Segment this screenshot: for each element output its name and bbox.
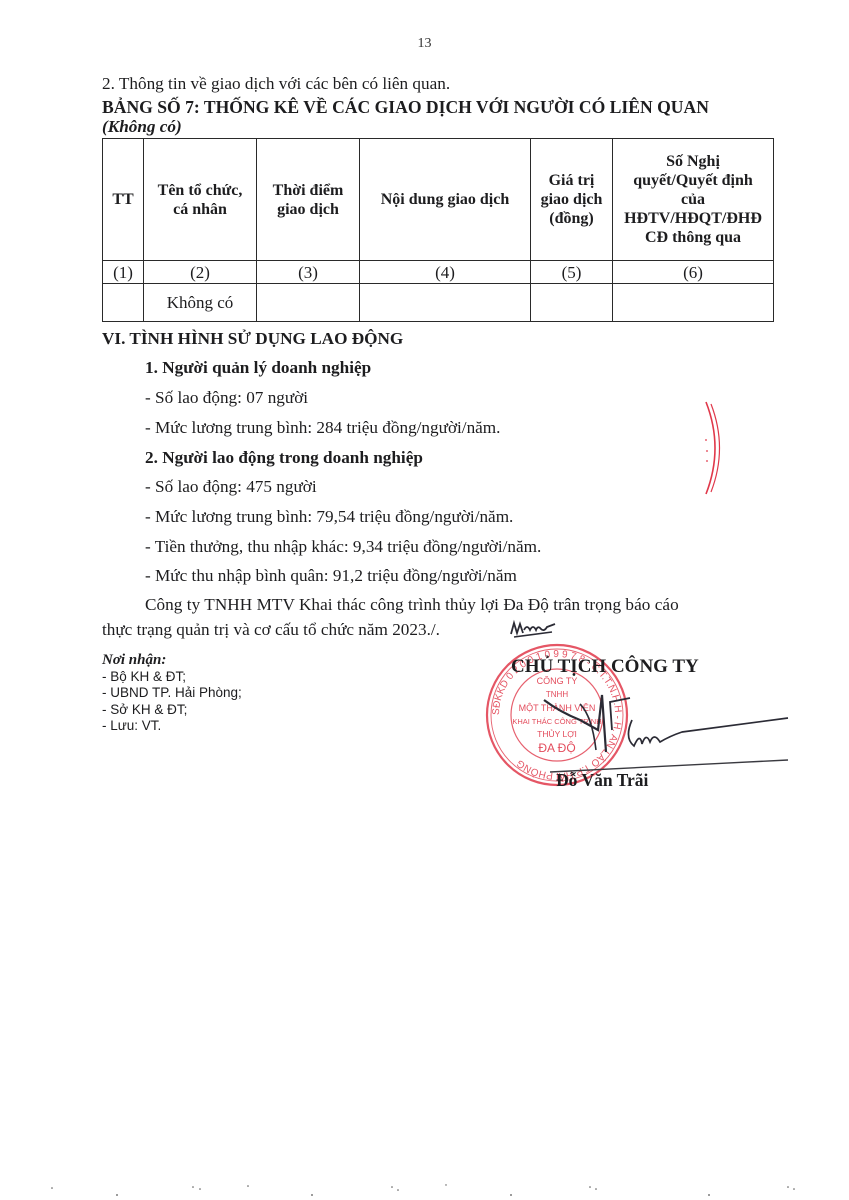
table-cell: [531, 284, 613, 322]
recipients-block: Nơi nhận: - Bộ KH & ĐT; - UBND TP. Hải P…: [102, 652, 242, 735]
scan-artifact-dots: [0, 1170, 849, 1200]
col-number: (5): [531, 261, 613, 284]
recipient-item: - Bộ KH & ĐT;: [102, 669, 242, 686]
table-cell: Không có: [144, 284, 257, 322]
table-cell: [103, 284, 144, 322]
recipients-label: Nơi nhận:: [102, 652, 242, 669]
col-number: (1): [103, 261, 144, 284]
table-cell: [360, 284, 531, 322]
employees-item: - Mức thu nhập bình quân: 91,2 triệu đồn…: [145, 566, 517, 586]
labor-section-heading: VI. TÌNH HÌNH SỬ DỤNG LAO ĐỘNG: [102, 329, 403, 349]
recipient-item: - Lưu: VT.: [102, 718, 242, 735]
table-column-number-row: (1) (2) (3) (4) (5) (6): [103, 261, 774, 284]
managers-item: - Mức lương trung bình: 284 triệu đồng/n…: [145, 418, 500, 438]
signer-title: CHỦ TỊCH CÔNG TY: [511, 656, 699, 678]
seal-edge-icon: [690, 398, 730, 498]
closing-statement-line-1: Công ty TNHH MTV Khai thác công trình th…: [145, 595, 679, 615]
related-party-transactions-table: TT Tên tổ chức, cá nhân Thời điểm giao d…: [102, 138, 774, 322]
managers-item: - Số lao động: 07 người: [145, 388, 308, 408]
col-header-resolution: Số Nghị quyết/Quyết định của HĐTV/HĐQT/Đ…: [613, 139, 774, 261]
table-header-row: TT Tên tổ chức, cá nhân Thời điểm giao d…: [103, 139, 774, 261]
employees-item: - Số lao động: 475 người: [145, 477, 317, 497]
recipient-item: - Sở KH & ĐT;: [102, 702, 242, 719]
table-title: BẢNG SỐ 7: THỐNG KÊ VỀ CÁC GIAO DỊCH VỚI…: [102, 97, 709, 118]
table-note: (Không có): [102, 117, 182, 137]
employees-item: - Tiền thưởng, thu nhập khác: 9,34 triệu…: [145, 537, 541, 557]
transactions-heading: 2. Thông tin về giao dịch với các bên có…: [102, 74, 450, 94]
col-number: (6): [613, 261, 774, 284]
signer-name: Đỗ Văn Trãi: [556, 770, 648, 791]
col-number: (4): [360, 261, 531, 284]
col-header-time: Thời điểm giao dịch: [257, 139, 360, 261]
col-header-value: Giá trị giao dịch (đồng): [531, 139, 613, 261]
col-number: (2): [144, 261, 257, 284]
col-header-organization: Tên tổ chức, cá nhân: [144, 139, 257, 261]
recipient-item: - UBND TP. Hải Phòng;: [102, 685, 242, 702]
initials-signature-icon: [508, 618, 560, 640]
table-cell: [613, 284, 774, 322]
page-number: 13: [0, 36, 849, 52]
col-header-tt: TT: [103, 139, 144, 261]
handwritten-signature-icon: [540, 690, 790, 780]
managers-heading: 1. Người quản lý doanh nghiệp: [145, 358, 371, 378]
closing-statement-line-2: thực trạng quản trị và cơ cấu tổ chức nă…: [102, 620, 440, 640]
table-row: Không có: [103, 284, 774, 322]
col-header-content: Nội dung giao dịch: [360, 139, 531, 261]
col-number: (3): [257, 261, 360, 284]
table-cell: [257, 284, 360, 322]
employees-item: - Mức lương trung bình: 79,54 triệu đồng…: [145, 507, 513, 527]
employees-heading: 2. Người lao động trong doanh nghiệp: [145, 448, 423, 468]
